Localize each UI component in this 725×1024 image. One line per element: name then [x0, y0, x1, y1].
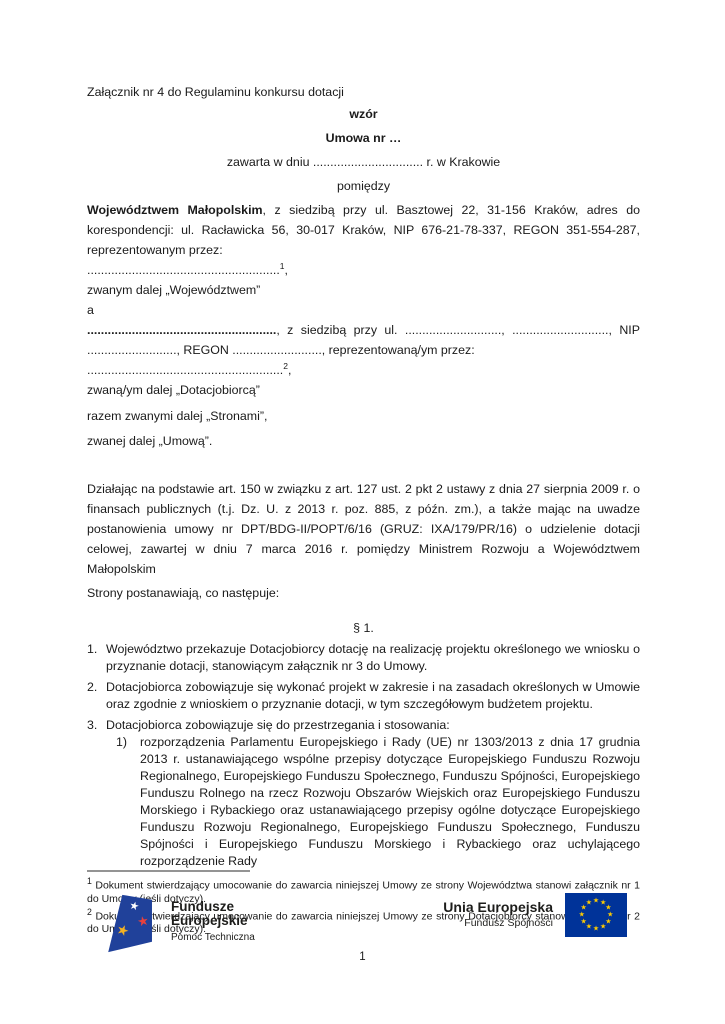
fe-logo-text: Fundusze Europejskie Pomoc Techniczna	[171, 900, 255, 943]
eu-logo-text: Unia Europejska Fundusz Spójności	[443, 900, 553, 929]
footer-logos: ★ ★ ★ Fundusze Europejskie Pomoc Technic…	[0, 893, 725, 954]
sub-list-item-1: 1) rozporządzenia Parlamentu Europejskie…	[116, 734, 640, 870]
conjunction-a: a	[87, 300, 640, 320]
document-title: Umowa nr …	[87, 128, 640, 148]
list-item-2-number: 2.	[87, 679, 106, 713]
between-word: pomiędzy	[87, 176, 640, 196]
star-icon: ★	[600, 924, 606, 931]
party-province-paragraph: Województwem Małopolskim, z siedzibą prz…	[87, 200, 640, 300]
party-province-alias: zwanym dalej „Województwem”	[87, 283, 260, 297]
legal-basis-paragraph: Działając na podstawie art. 150 w związk…	[87, 479, 640, 579]
star-icon: ★	[593, 897, 599, 904]
fe-flag-icon: ★ ★ ★	[105, 893, 159, 954]
grantee-seat-line: , z siedzibą przy ul. ..................…	[276, 323, 612, 337]
footnote-1-ref: 1	[87, 876, 92, 886]
list-item-3-text: Dotacjobiorca zobowiązuje się do przestr…	[106, 717, 640, 734]
annex-note: Załącznik nr 4 do Regulaminu konkursu do…	[87, 82, 640, 102]
unia-europejska-logo: Unia Europejska Fundusz Spójności ★★★★★★…	[443, 893, 627, 954]
star-icon: ★	[605, 904, 611, 911]
fundusze-europejskie-logo: ★ ★ ★ Fundusze Europejskie Pomoc Technic…	[105, 893, 255, 954]
list-item-3: 3. Dotacjobiorca zobowiązuje się do prze…	[87, 717, 640, 870]
template-label: wzór	[87, 104, 640, 124]
grantee-name-blank: ........................................…	[87, 323, 276, 337]
together-clause: razem zwanymi dalej „Stronami”,	[87, 406, 640, 426]
sub-list-item-1-number: 1)	[116, 734, 140, 870]
star-icon: ★	[127, 900, 139, 913]
province-signer-blank: ........................................…	[87, 263, 280, 277]
section-1-heading: § 1.	[87, 620, 640, 637]
list-item-1-text: Województwo przekazuje Dotacjobiorcy dot…	[106, 641, 640, 675]
document-content: Załącznik nr 4 do Regulaminu konkursu do…	[87, 82, 640, 936]
list-item-1: 1. Województwo przekazuje Dotacjobiorcy …	[87, 641, 640, 675]
star-icon: ★	[579, 912, 585, 919]
list-item-2: 2. Dotacjobiorca zobowiązuje się wykonać…	[87, 679, 640, 713]
fe-logo-line2: Europejskie	[171, 914, 255, 928]
eu-logo-line1: Unia Europejska	[443, 900, 553, 915]
agreement-clause: zwanej dalej „Umową”.	[87, 431, 640, 451]
star-icon: ★	[581, 919, 587, 926]
footnote-separator	[87, 870, 250, 872]
grantee-signer-blank: ........................................…	[87, 363, 283, 377]
list-item-1-number: 1.	[87, 641, 106, 675]
page-number: 1	[0, 950, 725, 964]
party-grantee-paragraph: ........................................…	[87, 320, 640, 400]
list-item-3-number: 3.	[87, 717, 106, 870]
star-icon: ★	[136, 913, 150, 928]
party-grantee-alias: zwaną/ym dalej „Dotacjobiorcą”	[87, 383, 260, 397]
star-icon: ★	[607, 912, 613, 919]
star-icon: ★	[593, 926, 599, 933]
star-icon: ★	[586, 899, 592, 906]
section-1-list: 1. Województwo przekazuje Dotacjobiorcy …	[87, 641, 640, 870]
list-item-2-text: Dotacjobiorca zobowiązuje się wykonać pr…	[106, 679, 640, 713]
resolution-intro: Strony postanawiają, co następuje:	[87, 583, 640, 603]
eu-flag-icon: ★★★★★★★★★★★★	[565, 893, 627, 937]
party-province-name: Województwem Małopolskim	[87, 203, 263, 217]
document-page: Załącznik nr 4 do Regulaminu konkursu do…	[0, 0, 725, 1024]
sub-list-item-1-text: rozporządzenia Parlamentu Europejskiego …	[140, 734, 640, 870]
eu-logo-line2: Fundusz Spójności	[443, 917, 553, 929]
fe-logo-subtitle: Pomoc Techniczna	[171, 932, 255, 943]
fe-logo-line1: Fundusze	[171, 900, 255, 914]
date-place-line: zawarta w dniu .........................…	[87, 152, 640, 172]
